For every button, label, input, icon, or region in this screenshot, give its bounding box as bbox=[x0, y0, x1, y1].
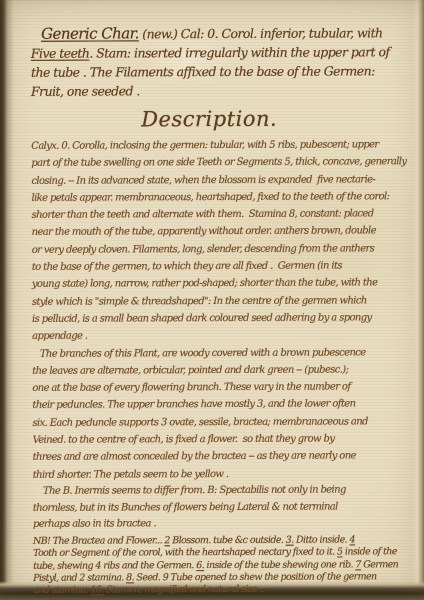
manuscript-line: Pistyl, and 2 stamina. 8. Seed. 9 Tube o… bbox=[33, 571, 407, 585]
manuscript-line: part of the tube swelling on one side Te… bbox=[31, 153, 405, 172]
manuscript-line: is pellucid, is a small bean shaped dark… bbox=[32, 309, 406, 328]
description-paragraph-2: The branches of this Plant, are woody co… bbox=[32, 344, 407, 484]
manuscript-line: Five teeth. Stam: inserted irregularly w… bbox=[31, 42, 405, 63]
manuscript-line: six. Each peduncle supports 3 ovate, ses… bbox=[32, 413, 406, 432]
manuscript-line: young state) long, narrow, rather pod-sh… bbox=[32, 275, 406, 294]
manuscript-line: threes and are almost concealed by the b… bbox=[33, 448, 407, 467]
manuscript-line: like petals appear. membranaceous, heart… bbox=[31, 188, 405, 207]
manuscript-line: one at the base of every flowering branc… bbox=[32, 378, 406, 397]
description-heading: Description. bbox=[31, 105, 387, 133]
manuscript-line: the leaves are alternate, orbicular, poi… bbox=[32, 361, 406, 380]
manuscript-content: Generic Char. (new.) Cal: 0. Corol. infe… bbox=[31, 23, 407, 597]
manuscript-line: Calyx. 0. Corolla, inclosing the germen:… bbox=[31, 136, 405, 155]
manuscript-page: Generic Char. (new.) Cal: 0. Corol. infe… bbox=[0, 0, 424, 600]
manuscript-line: thornless, but in its Bunches of flowers… bbox=[33, 499, 407, 517]
manuscript-line: shorter than the teeth and alternate wit… bbox=[32, 205, 406, 224]
manuscript-line: style which is "simple & threadshaped": … bbox=[32, 292, 406, 311]
manuscript-line: The branches of this Plant, are woody co… bbox=[32, 344, 406, 363]
manuscript-line: or very deeply cloven. Filaments, long, … bbox=[32, 240, 406, 259]
manuscript-line: and stamina. 10. Stamen, magnified and n… bbox=[33, 584, 407, 598]
manuscript-line: Veined. to the centre of each, is fixed … bbox=[33, 430, 407, 449]
manuscript-line: third shorter. The petals seem to be yel… bbox=[33, 465, 407, 484]
manuscript-line: closing. -- In its advanced state, when … bbox=[31, 171, 405, 190]
manuscript-line: Fruit, one seeded . bbox=[31, 80, 405, 101]
manuscript-line: Generic Char. (new.) Cal: 0. Corol. infe… bbox=[31, 23, 405, 44]
manuscript-line: their peduncles. The upper branches have… bbox=[32, 396, 406, 415]
page-right-edge bbox=[412, 0, 424, 600]
manuscript-line: appendage . bbox=[32, 326, 406, 345]
manuscript-line: the tube . The Filaments affixed to the … bbox=[31, 61, 405, 82]
page-left-edge-shadow bbox=[0, 0, 14, 600]
manuscript-line: perhaps also in its bractea . bbox=[33, 515, 407, 533]
figure-references-note: NB! The Bractea and Flower... 2 Blossom.… bbox=[33, 534, 407, 598]
manuscript-line: near the mouth of the tube, apparently w… bbox=[32, 223, 406, 242]
generic-character-section: Generic Char. (new.) Cal: 0. Corol. infe… bbox=[31, 23, 405, 101]
description-paragraph-1: Calyx. 0. Corolla, inclosing the germen:… bbox=[31, 136, 406, 345]
manuscript-line: The B. Inermis seems to differ from. B: … bbox=[33, 482, 407, 500]
comparison-paragraph: The B. Inermis seems to differ from. B: … bbox=[33, 482, 407, 533]
manuscript-line: to the base of the germen, to which they… bbox=[32, 257, 406, 276]
